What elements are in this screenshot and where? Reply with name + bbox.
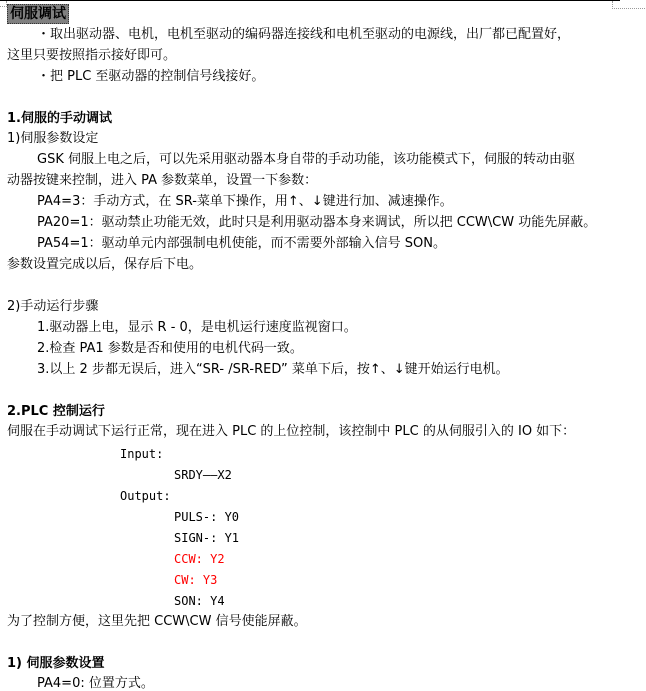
document-title: 伺服调试 [7, 4, 69, 24]
page-top-border [0, 0, 620, 1]
io-output-puls: PULS-: Y0 [174, 508, 239, 526]
step-3: 3.以上 2 步都无误后，进入“SR- /SR-RED” 菜单下后，按↑、↓键开… [37, 361, 509, 379]
intro-bullet-2: ・把 PLC 至驱动器的控制信号线接好。 [37, 68, 264, 86]
section-2-note: 为了控制方便，这里先把 CCW\CW 信号使能屏蔽。 [7, 613, 307, 631]
step-1: 1.驱动器上电，显示 R - 0，是电机运行速度监视窗口。 [37, 319, 357, 337]
section-2-sub-1-heading: 1) 伺服参数设置 [7, 655, 105, 673]
page-corner-mark-left [0, 1, 7, 7]
section-1-sub-1-para-line-1: GSK 伺服上电之后，可以先采用驱动器本身自带的手动功能，该功能模式下，伺服的转… [37, 151, 575, 169]
intro-bullet-1-line-1: ・取出驱动器、电机，电机至驱动的编码器连接线和电机至驱动的电源线，出厂都已配置好… [37, 26, 570, 44]
param-pa4-position: PA4=0: 位置方式。 [37, 675, 154, 691]
section-1-sub-2-heading: 2)手动运行步骤 [7, 298, 98, 316]
io-output-label: Output: [120, 487, 171, 505]
param-pa4: PA4=3：手动方式，在 SR-菜单下操作，用↑、↓键进行加、减速操作。 [37, 193, 453, 211]
io-output-sign: SIGN-: Y1 [174, 529, 239, 547]
io-input-srdy: SRDY——X2 [174, 466, 232, 484]
page-corner-mark-right [612, 1, 646, 9]
section-1-heading: 1.伺服的手动调试 [7, 110, 112, 128]
params-closing: 参数设置完成以后，保存后下电。 [7, 256, 202, 274]
io-output-ccw: CCW: Y2 [174, 550, 225, 568]
section-1-sub-1-para-line-2: 动器按键来控制，进入 PA 参数菜单，设置一下参数： [7, 172, 317, 190]
section-2-para: 伺服在手动调试下运行正常，现在进入 PLC 的上位控制，该控制中 PLC 的从伺… [7, 423, 575, 441]
param-pa20: PA20=1：驱动禁止功能无效，此时只是利用驱动器本身来调试，所以把 CCW\C… [37, 214, 596, 232]
io-output-son: SON: Y4 [174, 592, 225, 610]
io-output-cw: CW: Y3 [174, 571, 217, 589]
section-1-sub-1-heading: 1)伺服参数设定 [7, 130, 98, 148]
section-2-heading: 2.PLC 控制运行 [7, 403, 105, 421]
param-pa54: PA54=1：驱动单元内部强制电机使能，而不需要外部输入信号 SON。 [37, 235, 446, 253]
io-input-label: Input: [120, 445, 163, 463]
intro-bullet-1-line-2: 这里只要按照指示接好即可。 [7, 47, 176, 65]
step-2: 2.检查 PA1 参数是否和使用的电机代码一致。 [37, 340, 303, 358]
